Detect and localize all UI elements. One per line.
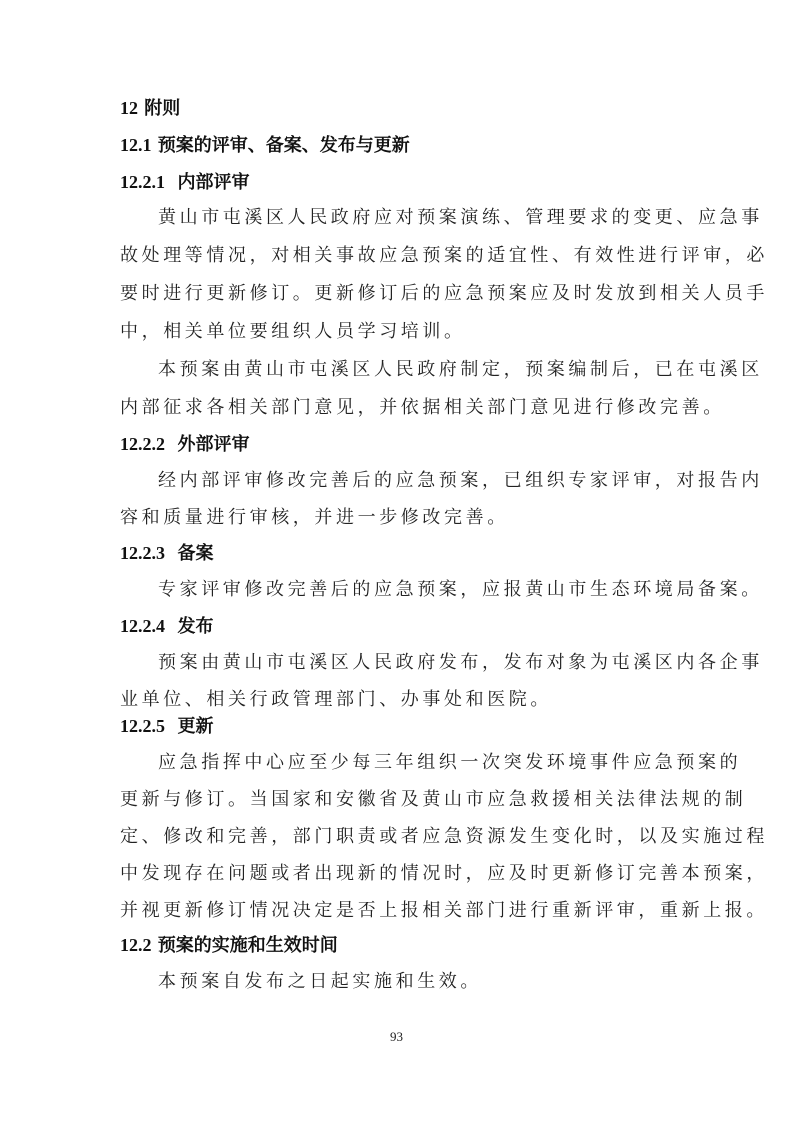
- paragraph-line: 本预案由黄山市屯溪区人民政府制定，预案编制后，已在屯溪区: [158, 358, 763, 382]
- subsection-title: 内部评审: [178, 172, 250, 193]
- subsection-title: 外部评审: [178, 434, 250, 455]
- chapter-title: 附则: [144, 98, 180, 119]
- section-number: 12.2: [120, 935, 152, 955]
- section-heading-12-2: 12.2 预案的实施和生效时间: [120, 933, 338, 958]
- subsection-number: 12.2.1: [120, 172, 165, 192]
- paragraph-line: 黄山市屯溪区人民政府应对预案演练、管理要求的变更、应急事: [158, 206, 763, 230]
- page-number: 93: [0, 1029, 793, 1045]
- subsection-number: 12.2.4: [120, 616, 165, 636]
- paragraph-line: 中，相关单位要组织人员学习培训。: [120, 320, 466, 344]
- subsection-number: 12.2.3: [120, 543, 165, 563]
- paragraph-line: 中发现存在问题或者出现新的情况时，应及时更新修订完善本预案，: [120, 862, 768, 886]
- section-number: 12.1: [120, 135, 152, 155]
- subsection-heading-12-2-4: 12.2.4 发布: [120, 614, 214, 639]
- paragraph-line: 预案由黄山市屯溪区人民政府发布，发布对象为屯溪区内各企事: [158, 651, 763, 675]
- chapter-number: 12: [120, 98, 138, 118]
- paragraph-line: 更新与修订。当国家和安徽省及黄山市应急救援相关法律法规的制: [120, 788, 746, 812]
- subsection-heading-12-2-5: 12.2.5 更新: [120, 714, 214, 739]
- paragraph-line: 专家评审修改完善后的应急预案，应报黄山市生态环境局备案。: [158, 578, 763, 602]
- document-page: 12 附则 12.1 预案的评审、备案、发布与更新 12.2.1 内部评审 黄山…: [0, 0, 793, 1122]
- paragraph-line: 定、修改和完善，部门职责或者应急资源发生变化时，以及实施过程: [120, 825, 768, 849]
- section-title: 预案的评审、备案、发布与更新: [158, 135, 410, 156]
- paragraph-line: 并视更新修订情况决定是否上报相关部门进行重新评审，重新上报。: [120, 899, 768, 923]
- section-heading-12-1: 12.1 预案的评审、备案、发布与更新: [120, 133, 410, 158]
- subsection-number: 12.2.5: [120, 716, 165, 736]
- chapter-heading: 12 附则: [120, 96, 180, 121]
- paragraph-line: 故处理等情况，对相关事故应急预案的适宜性、有效性进行评审，必: [120, 244, 768, 268]
- paragraph-line: 容和质量进行审核，并进一步修改完善。: [120, 506, 509, 530]
- section-title: 预案的实施和生效时间: [158, 935, 338, 956]
- paragraph-line: 应急指挥中心应至少每三年组织一次突发环境事件应急预案的: [158, 751, 741, 775]
- paragraph-line: 经内部评审修改完善后的应急预案，已组织专家评审，对报告内: [158, 469, 763, 493]
- paragraph-line: 业单位、相关行政管理部门、办事处和医院。: [120, 688, 552, 712]
- subsection-title: 发布: [178, 616, 214, 637]
- paragraph-line: 内部征求各相关部门意见，并依据相关部门意见进行修改完善。: [120, 396, 725, 420]
- subsection-title: 更新: [178, 716, 214, 737]
- paragraph-line: 要时进行更新修订。更新修订后的应急预案应及时发放到相关人员手: [120, 282, 768, 306]
- subsection-heading-12-2-2: 12.2.2 外部评审: [120, 432, 250, 457]
- subsection-heading-12-2-3: 12.2.3 备案: [120, 541, 214, 566]
- subsection-heading-12-2-1: 12.2.1 内部评审: [120, 170, 250, 195]
- subsection-title: 备案: [178, 543, 214, 564]
- subsection-number: 12.2.2: [120, 434, 165, 454]
- paragraph-line: 本预案自发布之日起实施和生效。: [158, 970, 482, 994]
